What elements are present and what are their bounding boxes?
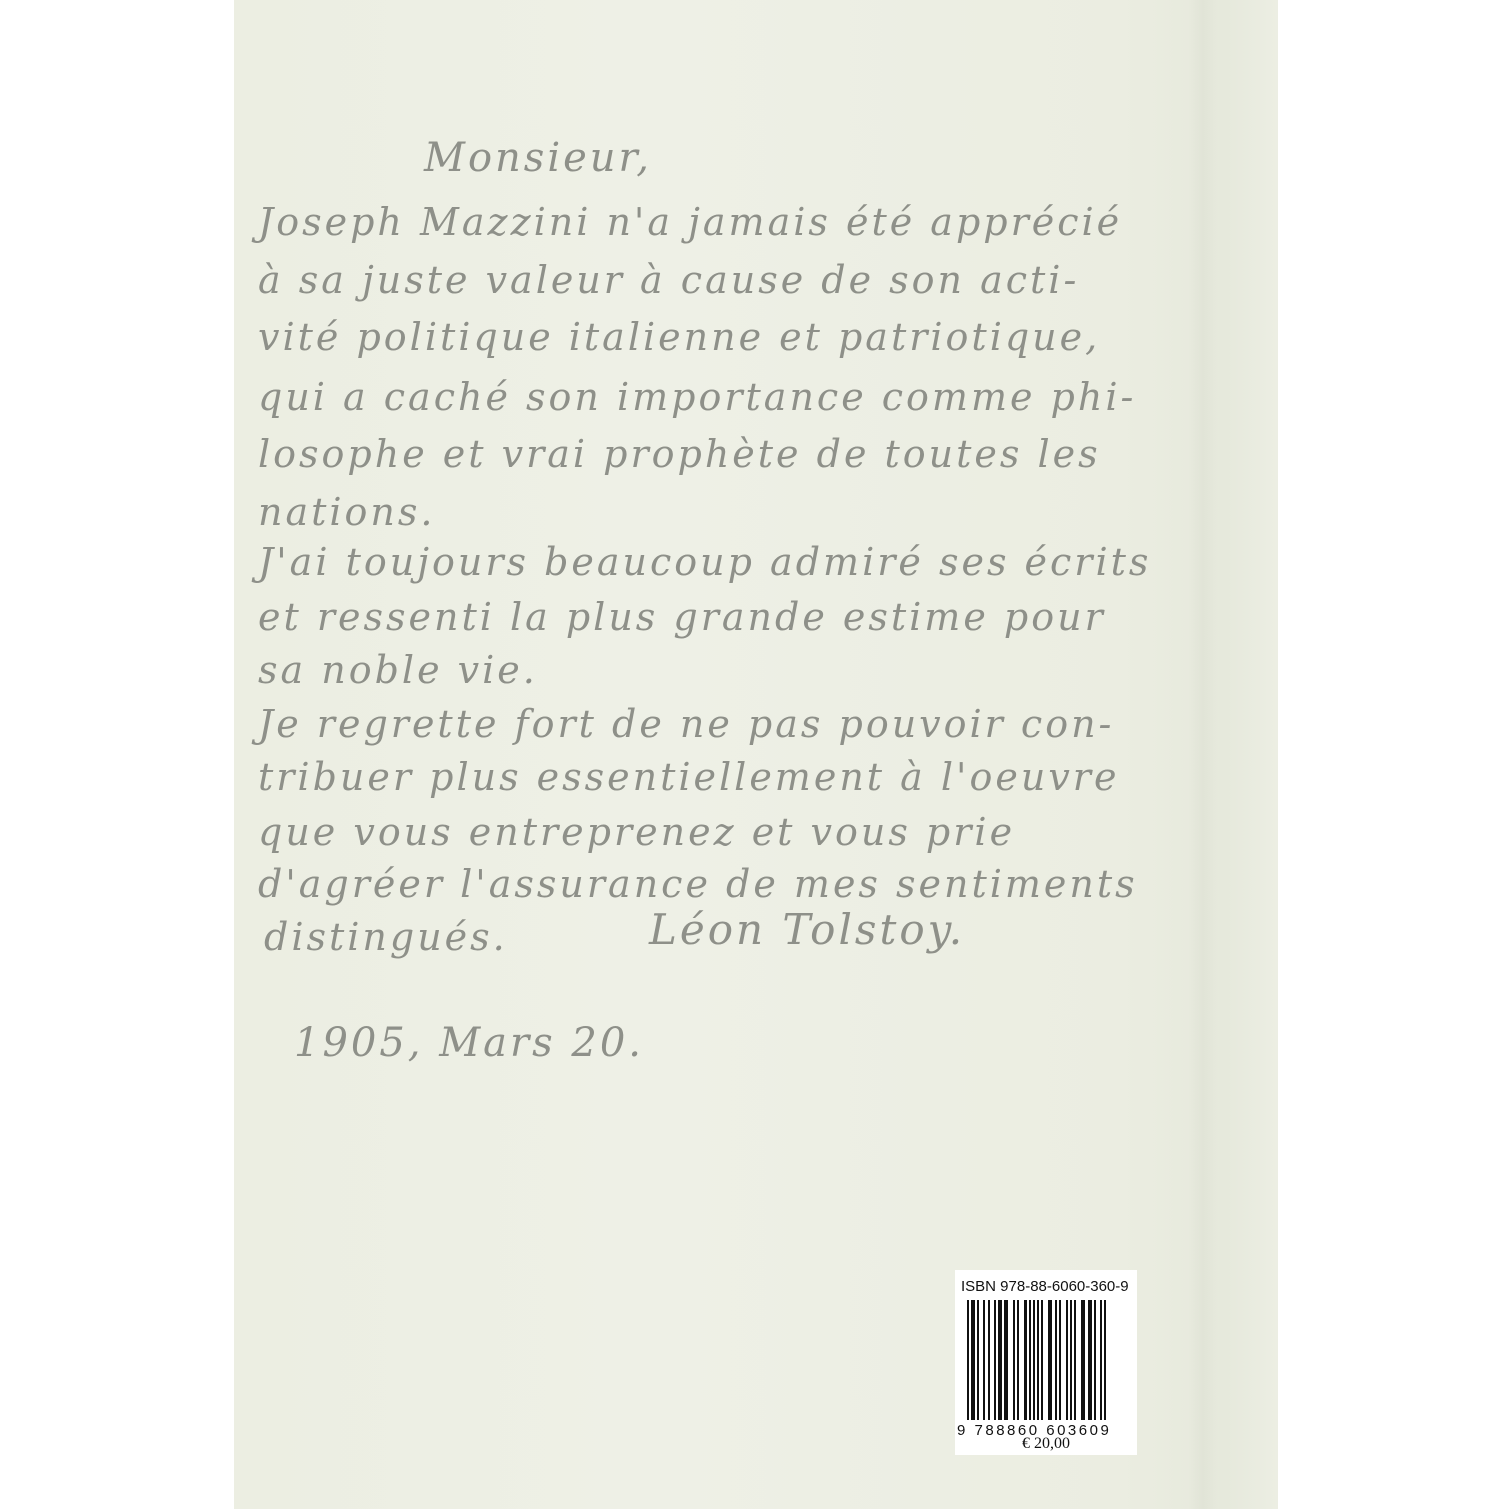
letter-line: que vous entreprenez et vous prie [258, 810, 1015, 854]
letter-date: 1905, Mars 20. [294, 1020, 644, 1066]
letter-salutation: Monsieur, [424, 135, 652, 181]
letter-line: sa noble vie. [258, 648, 538, 692]
letter-line: J'ai toujours beaucoup admiré ses écrits [258, 540, 1151, 584]
isbn-barcode-label: ISBN 978-88-6060-360-9 9 788860 603609 €… [955, 1270, 1137, 1455]
letter-line: Je regrette fort de ne pas pouvoir con- [258, 702, 1114, 746]
letter-line: nations. [258, 490, 435, 534]
letter-line: Joseph Mazzini n'a jamais été apprécié [258, 200, 1122, 244]
letter-line: à sa juste valeur à cause de son acti- [258, 258, 1079, 302]
price-label: € 20,00 [955, 1435, 1137, 1453]
letter-line: d'agréer l'assurance de mes sentiments [258, 862, 1138, 906]
letter-line: vité politique italienne et patriotique, [258, 315, 1100, 359]
letter-line: losophe et vrai prophète de toutes les [258, 432, 1101, 476]
isbn-text: ISBN 978-88-6060-360-9 [961, 1278, 1129, 1295]
letter-line: et ressenti la plus grande estime pour [258, 595, 1106, 639]
barcode-icon [967, 1300, 1129, 1420]
letter-line: distingués. [264, 915, 508, 959]
letter-line: qui a caché son importance comme phi- [258, 375, 1136, 419]
letter-line: tribuer plus essentiellement à l'oeuvre [258, 755, 1119, 799]
letter-signature: Léon Tolstoy. [649, 905, 965, 954]
